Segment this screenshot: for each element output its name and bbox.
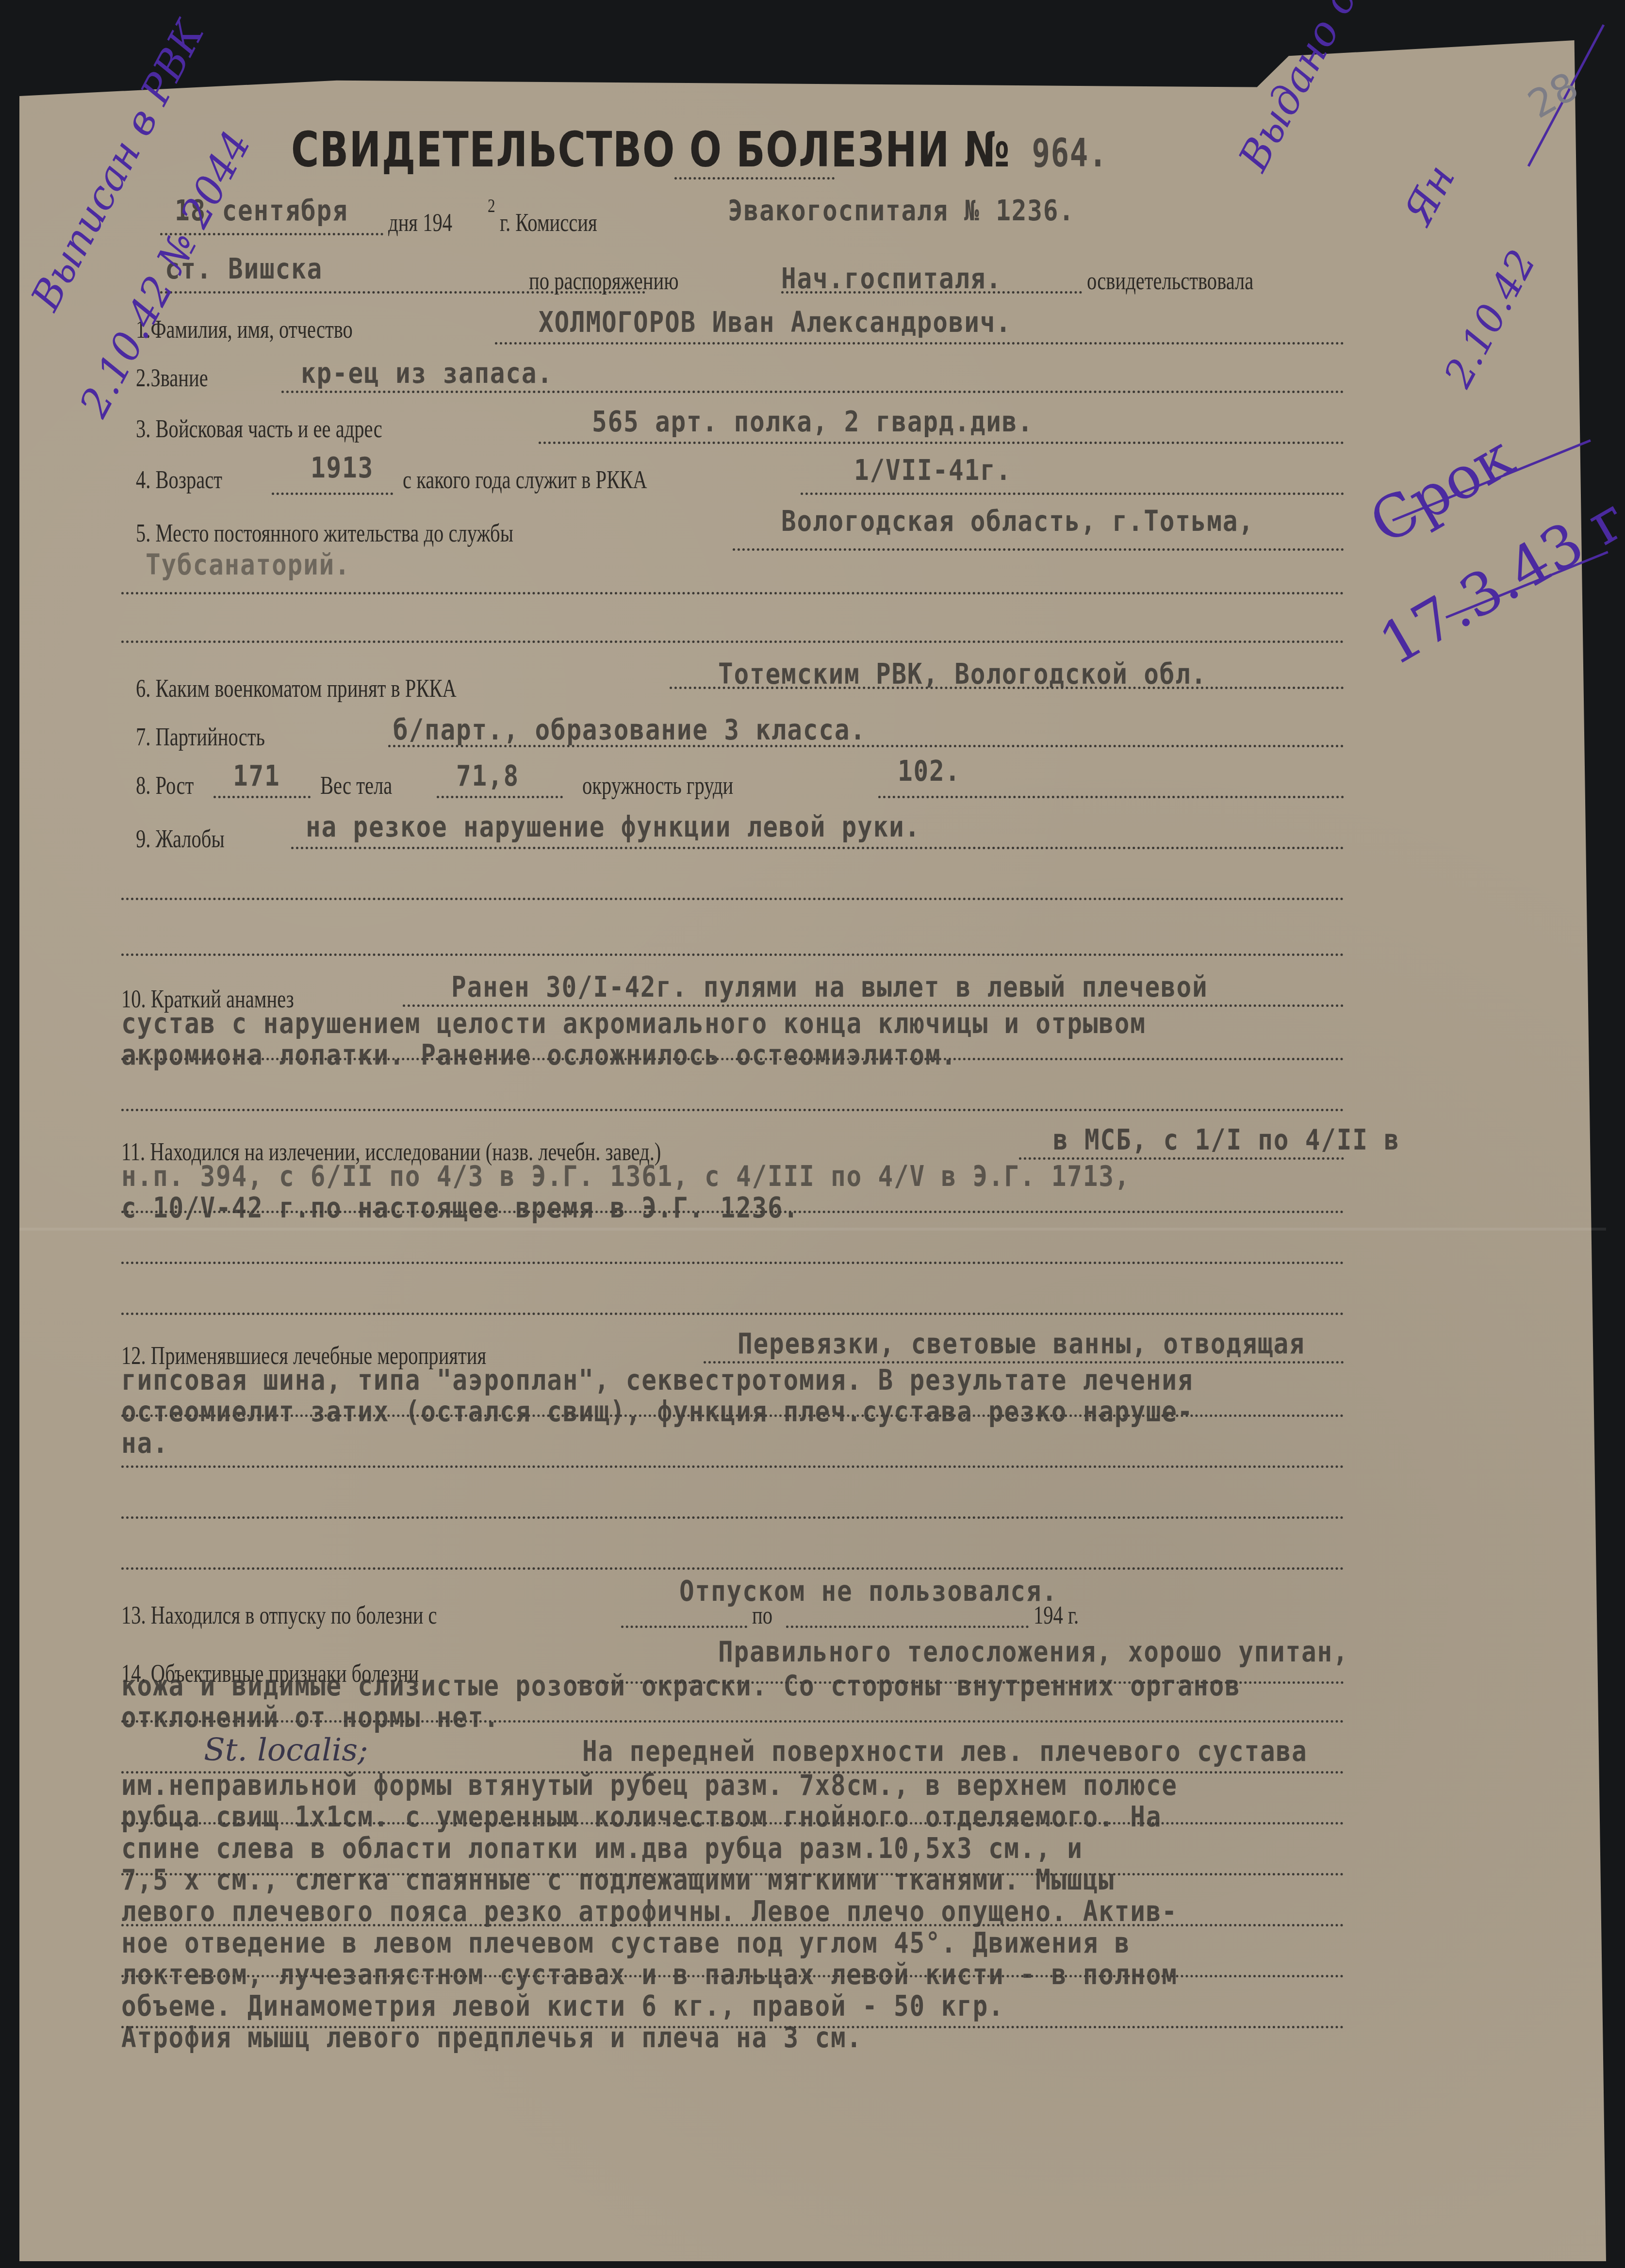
field-3-value: 565 арт. полка, 2 гвард.див. (592, 405, 1034, 438)
field-9-line3 (121, 953, 1344, 956)
field-9-value: на резкое нарушение функции левой руки. (306, 810, 920, 843)
field-5-line3 (121, 641, 1344, 643)
field-1-label: 1.Фамилия, имя, отчество (136, 315, 353, 344)
field-5-line2 (121, 592, 1344, 594)
field-13-label: 13. Находился в отпуску по болезни с (121, 1601, 437, 1630)
field-2-label: 2.Звание (136, 364, 208, 393)
field-11-rule-3 (121, 1262, 1344, 1264)
field-5-value: Вологодская область, г.Тотьма, (781, 505, 1254, 538)
field-11-rule-4 (121, 1313, 1344, 1315)
date-label: дня 194 (388, 209, 452, 237)
field-9-label: 9. Жалобы (136, 825, 225, 854)
field-14-line-2: кожа и видимые слизистые розовой окраски… (121, 1669, 1241, 1702)
field-10-rule-2 (121, 1058, 1344, 1060)
field-4-line (272, 493, 393, 495)
by-order-line (781, 291, 1082, 294)
field-8-value: 171 (233, 759, 280, 792)
number-line (674, 177, 835, 180)
field-2-line (281, 391, 1344, 393)
field-12-line-2: гипсовая шина, типа "аэроплан", секвестр… (121, 1364, 1193, 1397)
field-8-line3 (878, 796, 1344, 798)
field-3-line (539, 442, 1344, 444)
field-8-value2: 71,8 (456, 759, 519, 792)
certificate-number: 964. (1032, 131, 1108, 176)
field-10-rule-3 (121, 1109, 1344, 1111)
field-8-line (213, 796, 311, 798)
localis-line-3: рубца свищ 1х1см. с умеренным количество… (121, 1800, 1162, 1833)
examined-label: освидетельствовала (1087, 267, 1253, 296)
commission-value: Эвакогоспиталя № 1236. (728, 194, 1075, 227)
field-5-value-cont: Тубсанаторий. (146, 548, 350, 581)
field-5-line (733, 548, 1344, 551)
title-text: СВИДЕТЕЛЬСТВО О БОЛЕЗНИ № (291, 121, 1010, 178)
field-14-line-3: отклонений от нормы нет. (121, 1701, 500, 1734)
localis-line-6: левого плечевого пояса резко атрофичны. … (121, 1895, 1178, 1928)
field-13-to-line (786, 1626, 1029, 1628)
localis-rule-2 (121, 1822, 1344, 1824)
field-3-label: 3. Войсковая часть и ее адрес (136, 415, 382, 444)
field-11-line-2: н.п. 394, с 6/II по 4/3 в Э.Г. 1361, с 4… (121, 1160, 1130, 1193)
field-1-value: ХОЛМОГОРОВ Иван Александрович. (539, 306, 1012, 339)
localis-rule-3 (121, 1873, 1344, 1875)
field-8-line2 (437, 796, 563, 798)
field-10-line-2: сустав с нарушением целости акромиальног… (121, 1007, 1146, 1040)
paper-fold (19, 1228, 1606, 1231)
field-8-label: 8. Рост (136, 772, 194, 800)
field-12-line-3: остеомиелит затих (остался свищ), функци… (121, 1395, 1193, 1428)
field-2-value: кр-ец из запаса. (301, 357, 553, 390)
year-suffix: г. Комиссия (500, 209, 597, 237)
field-12-line-4: на. (121, 1427, 168, 1460)
field-1-line (495, 342, 1344, 345)
field-10-line-1: Ранен 30/I-42г. пулями на вылет в левый … (451, 970, 1208, 1003)
field-12-rule-4 (121, 1516, 1344, 1519)
year-digit: 2 (488, 194, 495, 217)
localis-line-2: им.неправильной формы втянутый рубец раз… (121, 1769, 1178, 1802)
field-8-value3: 102. (898, 755, 961, 788)
field-4-label: 4. Возраст (136, 466, 222, 494)
status-localis-label: St. localis; (204, 1732, 368, 1768)
localis-rule-5 (121, 1975, 1344, 1977)
field-7-value: б/парт., образование 3 класса. (393, 713, 866, 746)
localis-line-4: спине слева в области лопатки им.два руб… (121, 1832, 1083, 1865)
by-order-value: Нач.госпиталя. (781, 262, 1002, 295)
field-6-label: 6. Каким военкоматом принят в РККА (136, 674, 457, 703)
field-14-line-1: Правильного телосложения, хорошо упитан, (718, 1635, 1349, 1668)
field-4-label2: с какого года служит в РККА (403, 466, 647, 494)
by-order-label: по распоряжению (529, 267, 679, 296)
field-8-label2: Вес тела (320, 772, 392, 800)
field-13-from-line (621, 1626, 747, 1628)
field-7-line (388, 745, 1344, 747)
field-5-label: 5. Место постоянного жительства до служб… (136, 519, 513, 548)
field-12-line-1: Перевязки, световые ванны, отводящая (738, 1327, 1305, 1360)
field-6-value: Тотемским РВК, Вологодской обл. (718, 657, 1207, 690)
field-12-rule-2 (121, 1414, 1344, 1417)
field-10-line-3: акромиона лопатки. Ранение осложнилось о… (121, 1038, 957, 1071)
localis-line-9: объеме. Динамометрия левой кисти 6 кг., … (121, 1989, 1004, 2022)
field-12-rule-3 (121, 1465, 1344, 1468)
field-13-value: Отпуском не пользовался. (679, 1575, 1058, 1608)
localis-line-10: Атрофия мышц левого предплечья и плеча н… (121, 2021, 862, 2054)
field-6-line (670, 687, 1344, 689)
field-4-value2: 1/VII-41г. (854, 454, 1012, 487)
localis-line-5: 7,5 х см., слегка спаянные с подлежащими… (121, 1863, 1115, 1896)
field-11-rule-2 (121, 1211, 1344, 1213)
field-12-rule-5 (121, 1567, 1344, 1570)
field-9-line (291, 847, 1344, 849)
localis-line-8: локтевом, лучезапястном суставах и в пал… (121, 1958, 1178, 1991)
field-9-line2 (121, 898, 1344, 900)
localis-line-1: На передней поверхности лев. плечевого с… (582, 1735, 1307, 1768)
field-8-label3: окружность груди (582, 772, 733, 800)
field-7-label: 7. Партийность (136, 723, 265, 752)
field-11-line-1: в МСБ, с 1/I по 4/II в (1053, 1123, 1400, 1156)
field-11-line-3: с 10/V-42 г.по настоящее время в Э.Г. 12… (121, 1191, 799, 1224)
field-14-rule-2 (121, 1720, 1344, 1723)
field-4-line2 (801, 493, 1344, 495)
field-4-value: 1913 (311, 451, 374, 484)
localis-line-7: ное отведение в левом плечевом суставе п… (121, 1926, 1130, 1959)
document-title: СВИДЕТЕЛЬСТВО О БОЛЕЗНИ № 964. (291, 121, 1100, 178)
